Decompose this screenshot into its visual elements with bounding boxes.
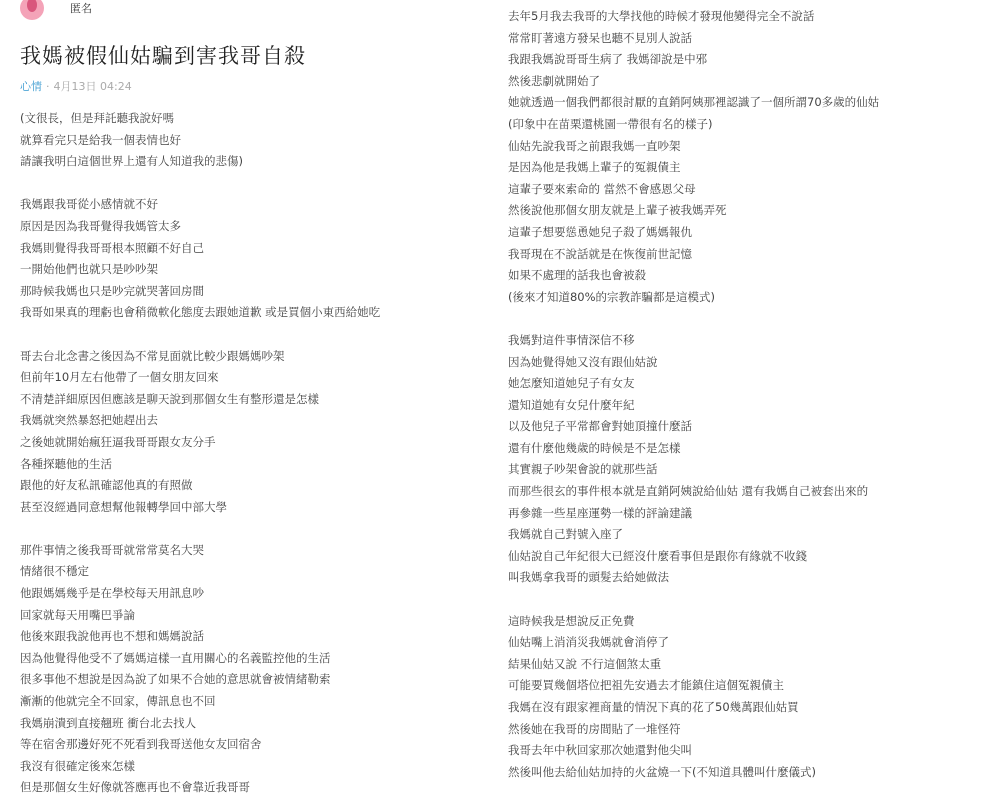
body-line: 叫我媽拿我哥的頭髮去給她做法	[508, 567, 879, 589]
body-line: 他後來跟我說他再也不想和媽媽說話	[20, 626, 380, 648]
body-line: 漸漸的他就完全不回家，傳訊息也不回	[20, 691, 380, 713]
blank-line	[508, 308, 879, 330]
body-line: 一開始他們也就只是吵吵架	[20, 259, 380, 281]
post-author[interactable]: 匿名	[20, 0, 92, 22]
body-line: 然後說他那個女朋友就是上輩子被我媽弄死	[508, 200, 879, 222]
author-name: 匿名	[70, 0, 92, 16]
body-line: 其實親子吵架會說的就那些話	[508, 459, 879, 481]
body-line: 這輩子想要慫恿她兒子殺了媽媽報仇	[508, 222, 879, 244]
body-line: 各種探聽他的生活	[20, 454, 380, 476]
body-line: 那時候我媽也只是吵完就哭著回房間	[20, 281, 380, 303]
body-line: 她就透過一個我們都很討厭的直銷阿姨那裡認識了一個所謂70多歲的仙姑	[508, 92, 879, 114]
body-line: 這輩子要來索命的 當然不會感恩父母	[508, 179, 879, 201]
body-line: 之後她就開始瘋狂逼我哥哥跟女友分手	[20, 432, 380, 454]
body-line: 她怎麼知道她兒子有女友	[508, 373, 879, 395]
body-line: 我媽就自己對號入座了	[508, 524, 879, 546]
post-column-right: 去年5月我去我哥的大學找他的時候才發現他變得完全不說話 常常盯著遠方發呆也聽不見…	[490, 0, 1000, 800]
body-line: 我媽跟我哥從小感情就不好	[20, 194, 380, 216]
body-line: (後來才知道80%的宗教詐騙都是這模式)	[508, 287, 879, 309]
body-line: 那件事情之後我哥哥就常常莫名大哭	[20, 540, 380, 562]
post-date: 4月13日 04:24	[54, 80, 132, 93]
body-line: 我哥去年中秋回家那次她還對他尖叫	[508, 740, 879, 762]
body-line: 然後叫他去給仙姑加持的火盆燒一下(不知道具體叫什麼儀式)	[508, 762, 879, 784]
board-link[interactable]: 心情	[20, 80, 42, 93]
body-line: 而那些很玄的事件根本就是直銷阿姨說給仙姑 還有我媽自己被套出來的	[508, 481, 879, 503]
body-line: 我哥現在不說話就是在恢復前世記憶	[508, 244, 879, 266]
body-line: 這時候我是想說反正免費	[508, 611, 879, 633]
body-line: 回家就每天用嘴巴爭論	[20, 605, 380, 627]
body-line: 仙姑說自己年紀很大已經沒什麼看事但是跟你有緣就不收錢	[508, 546, 879, 568]
body-line: 如果不處理的話我也會被殺	[508, 265, 879, 287]
body-line: 然後她在我哥的房間貼了一堆怪符	[508, 719, 879, 741]
body-line: 因為她覺得她又沒有跟仙姑說	[508, 352, 879, 374]
body-line: 以及他兒子平常都會對她頂撞什麼話	[508, 416, 879, 438]
body-line: 不清楚詳細原因但應該是聊天說到那個女生有整形還是怎樣	[20, 389, 380, 411]
body-line: 我媽在沒有跟家裡商量的情況下真的花了50幾萬跟仙姑買	[508, 697, 879, 719]
body-line: 是因為他是我媽上輩子的冤親債主	[508, 157, 879, 179]
post-body-left: (文很長，但是拜託聽我說好嗎 就算看完只是給我一個表情也好 請讓我明白這個世界上…	[20, 108, 380, 799]
body-line: 還知道她有女兒什麼年紀	[508, 395, 879, 417]
post-column-left: 匿名 我媽被假仙姑騙到害我哥自殺 心情·4月13日 04:24 (文很長，但是拜…	[0, 0, 490, 800]
female-avatar-icon[interactable]	[20, 0, 44, 20]
body-line: 我沒有很確定後來怎樣	[20, 756, 380, 778]
body-line: 仙姑先說我哥之前跟我媽一直吵架	[508, 136, 879, 158]
body-line: 請讓我明白這個世界上還有人知道我的悲傷)	[20, 151, 380, 173]
body-line: 但前年10月左右他帶了一個女朋友回來	[20, 367, 380, 389]
body-line: 還有什麼他幾歲的時候是不是怎樣	[508, 438, 879, 460]
body-line: 我媽則覺得我哥哥根本照顧不好自己	[20, 238, 380, 260]
body-line: 我媽崩潰到直接翹班 衝台北去找人	[20, 713, 380, 735]
body-line: 情緒很不穩定	[20, 561, 380, 583]
body-line: (文很長，但是拜託聽我說好嗎	[20, 108, 380, 130]
body-line: 然後悲劇就開始了	[508, 71, 879, 93]
body-line: 因為他覺得他受不了媽媽這樣一直用關心的名義監控他的生活	[20, 648, 380, 670]
body-line: 他跟媽媽幾乎是在學校每天用訊息吵	[20, 583, 380, 605]
body-line: 跟他的好友私訊確認他真的有照做	[20, 475, 380, 497]
body-line: 仙姑嘴上消消災我媽就會消停了	[508, 632, 879, 654]
body-line: 我媽就突然暴怒把她趕出去	[20, 410, 380, 432]
body-line: 去年5月我去我哥的大學找他的時候才發現他變得完全不說話	[508, 6, 879, 28]
body-line: 甚至沒經過同意想幫他報轉學回中部大學	[20, 497, 380, 519]
body-line: 很多事他不想說是因為說了如果不合她的意思就會被情緒勒索	[20, 669, 380, 691]
meta-separator: ·	[46, 80, 50, 93]
body-line: 我媽對這件事情深信不移	[508, 330, 879, 352]
blank-line	[508, 589, 879, 611]
body-line: 我哥如果真的理虧也會稍微軟化態度去跟她道歉 或是買個小東西給她吃	[20, 302, 380, 324]
blank-line	[20, 173, 380, 195]
blank-line	[20, 518, 380, 540]
body-line: 常常盯著遠方發呆也聽不見別人說話	[508, 28, 879, 50]
body-line: 哥去台北念書之後因為不常見面就比較少跟媽媽吵架	[20, 346, 380, 368]
body-line: (印象中在苗栗還桃園一帶很有名的樣子)	[508, 114, 879, 136]
post-body-right: 去年5月我去我哥的大學找他的時候才發現他變得完全不說話 常常盯著遠方發呆也聽不見…	[508, 6, 879, 783]
body-line: 等在宿舍那邊好死不死看到我哥送他女友回宿舍	[20, 734, 380, 756]
body-line: 我跟我媽說哥哥生病了 我媽卻說是中邪	[508, 49, 879, 71]
body-line: 就算看完只是給我一個表情也好	[20, 130, 380, 152]
body-line: 但是那個女生好像就答應再也不會靠近我哥哥	[20, 777, 380, 799]
body-line: 原因是因為我哥覺得我媽管太多	[20, 216, 380, 238]
post-meta: 心情·4月13日 04:24	[20, 78, 132, 94]
post-title: 我媽被假仙姑騙到害我哥自殺	[20, 40, 306, 70]
body-line: 再參雜一些星座運勢一樣的評論建議	[508, 503, 879, 525]
blank-line	[20, 324, 380, 346]
body-line: 可能要買幾個塔位把祖先安過去才能鎮住這個冤親債主	[508, 675, 879, 697]
body-line: 結果仙姑又說 不行這個煞太重	[508, 654, 879, 676]
